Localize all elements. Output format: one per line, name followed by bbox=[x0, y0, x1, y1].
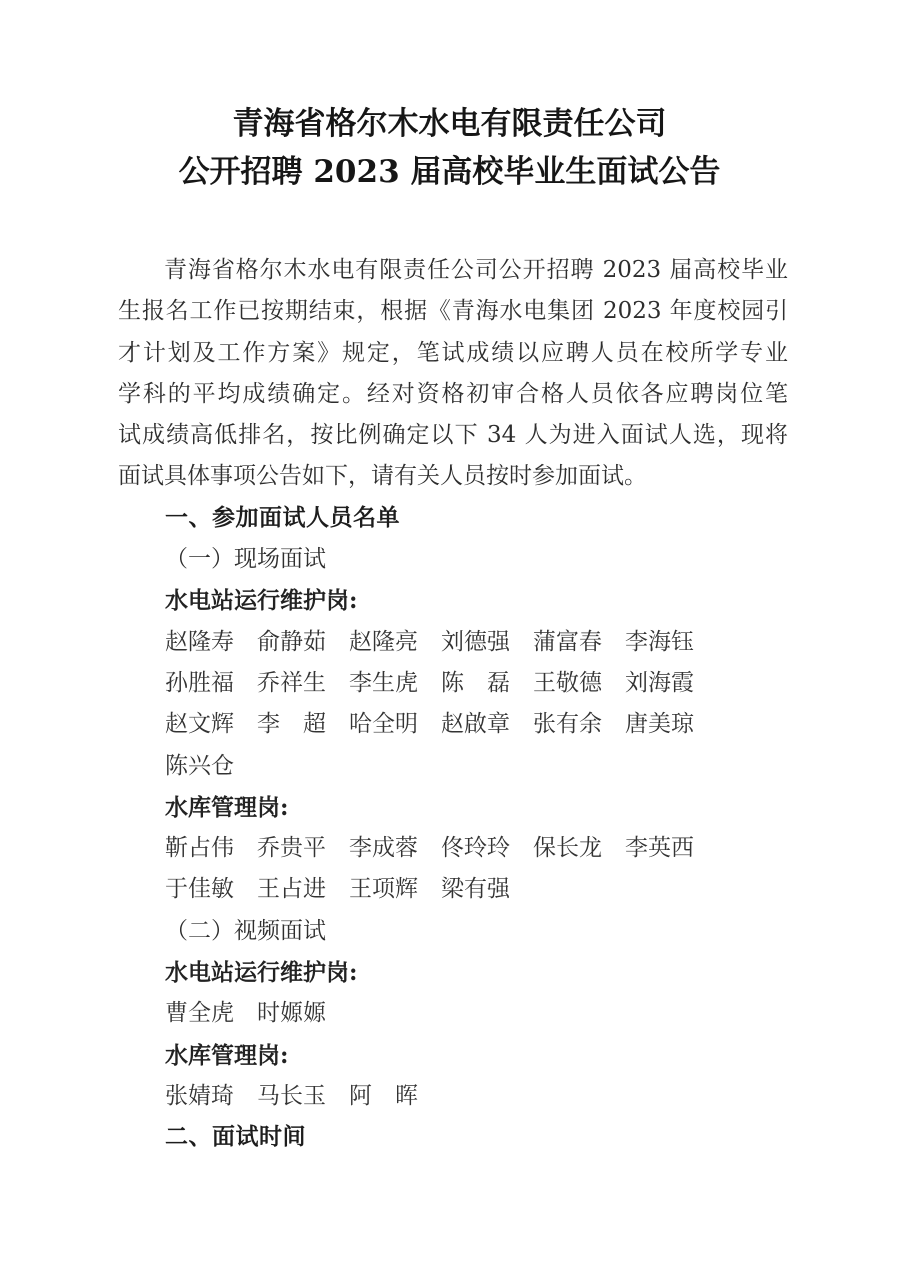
candidate-row: 赵隆寿 俞静茹 赵隆亮 刘德强 蒲富春 李海钰 bbox=[165, 622, 788, 663]
post-title-reservoir-onsite: 水库管理岗: bbox=[165, 787, 788, 828]
subsection-onsite-label: （一）现场面试 bbox=[165, 539, 788, 580]
document-body: 青海省格尔木水电有限责任公司公开招聘 2023 届高校毕业 生报名工作已按期结束… bbox=[118, 250, 788, 1159]
candidate-row: 张婧琦 马长玉 阿 晖 bbox=[165, 1076, 788, 1117]
post-title-reservoir-video: 水库管理岗: bbox=[165, 1035, 788, 1076]
candidate-row: 曹全虎 时嫄嫄 bbox=[165, 993, 788, 1034]
title-line-1: 青海省格尔木水电有限责任公司 bbox=[0, 100, 899, 148]
paragraph-line-6: 面试具体事项公告如下，请有关人员按时参加面试。 bbox=[118, 456, 788, 497]
candidate-row: 赵文辉 李 超 哈全明 赵啟章 张有余 唐美琼 bbox=[165, 704, 788, 745]
subsection-video-label: （二）视频面试 bbox=[165, 911, 788, 952]
candidate-row: 于佳敏 王占进 王项辉 梁有强 bbox=[165, 869, 788, 910]
paragraph-line-4: 学科的平均成绩确定。经对资格初审合格人员依各应聘岗位笔 bbox=[118, 374, 788, 415]
candidate-row: 靳占伟 乔贵平 李成蓉 佟玲玲 保长龙 李英西 bbox=[165, 828, 788, 869]
post-title-hydro-station-onsite: 水电站运行维护岗: bbox=[165, 580, 788, 621]
document-title: 青海省格尔木水电有限责任公司 公开招聘 2023 届高校毕业生面试公告 bbox=[0, 100, 899, 196]
section-1-heading: 一、参加面试人员名单 bbox=[165, 498, 788, 539]
candidate-row: 陈兴仓 bbox=[165, 746, 788, 787]
paragraph-line-2: 生报名工作已按期结束，根据《青海水电集团 2023 年度校园引 bbox=[118, 291, 788, 332]
candidate-row: 孙胜福 乔祥生 李生虎 陈 磊 王敬德 刘海霞 bbox=[165, 663, 788, 704]
title-line-2: 公开招聘 2023 届高校毕业生面试公告 bbox=[0, 148, 899, 196]
paragraph-line-3: 才计划及工作方案》规定，笔试成绩以应聘人员在校所学专业 bbox=[118, 333, 788, 374]
post-title-hydro-station-video: 水电站运行维护岗: bbox=[165, 952, 788, 993]
document-page: 青海省格尔木水电有限责任公司 公开招聘 2023 届高校毕业生面试公告 青海省格… bbox=[0, 0, 899, 1271]
paragraph-line-5: 试成绩高低排名，按比例确定以下 34 人为进入面试人选，现将 bbox=[118, 415, 788, 456]
paragraph-line-1: 青海省格尔木水电有限责任公司公开招聘 2023 届高校毕业 bbox=[118, 250, 788, 291]
section-2-heading: 二、面试时间 bbox=[165, 1117, 788, 1158]
